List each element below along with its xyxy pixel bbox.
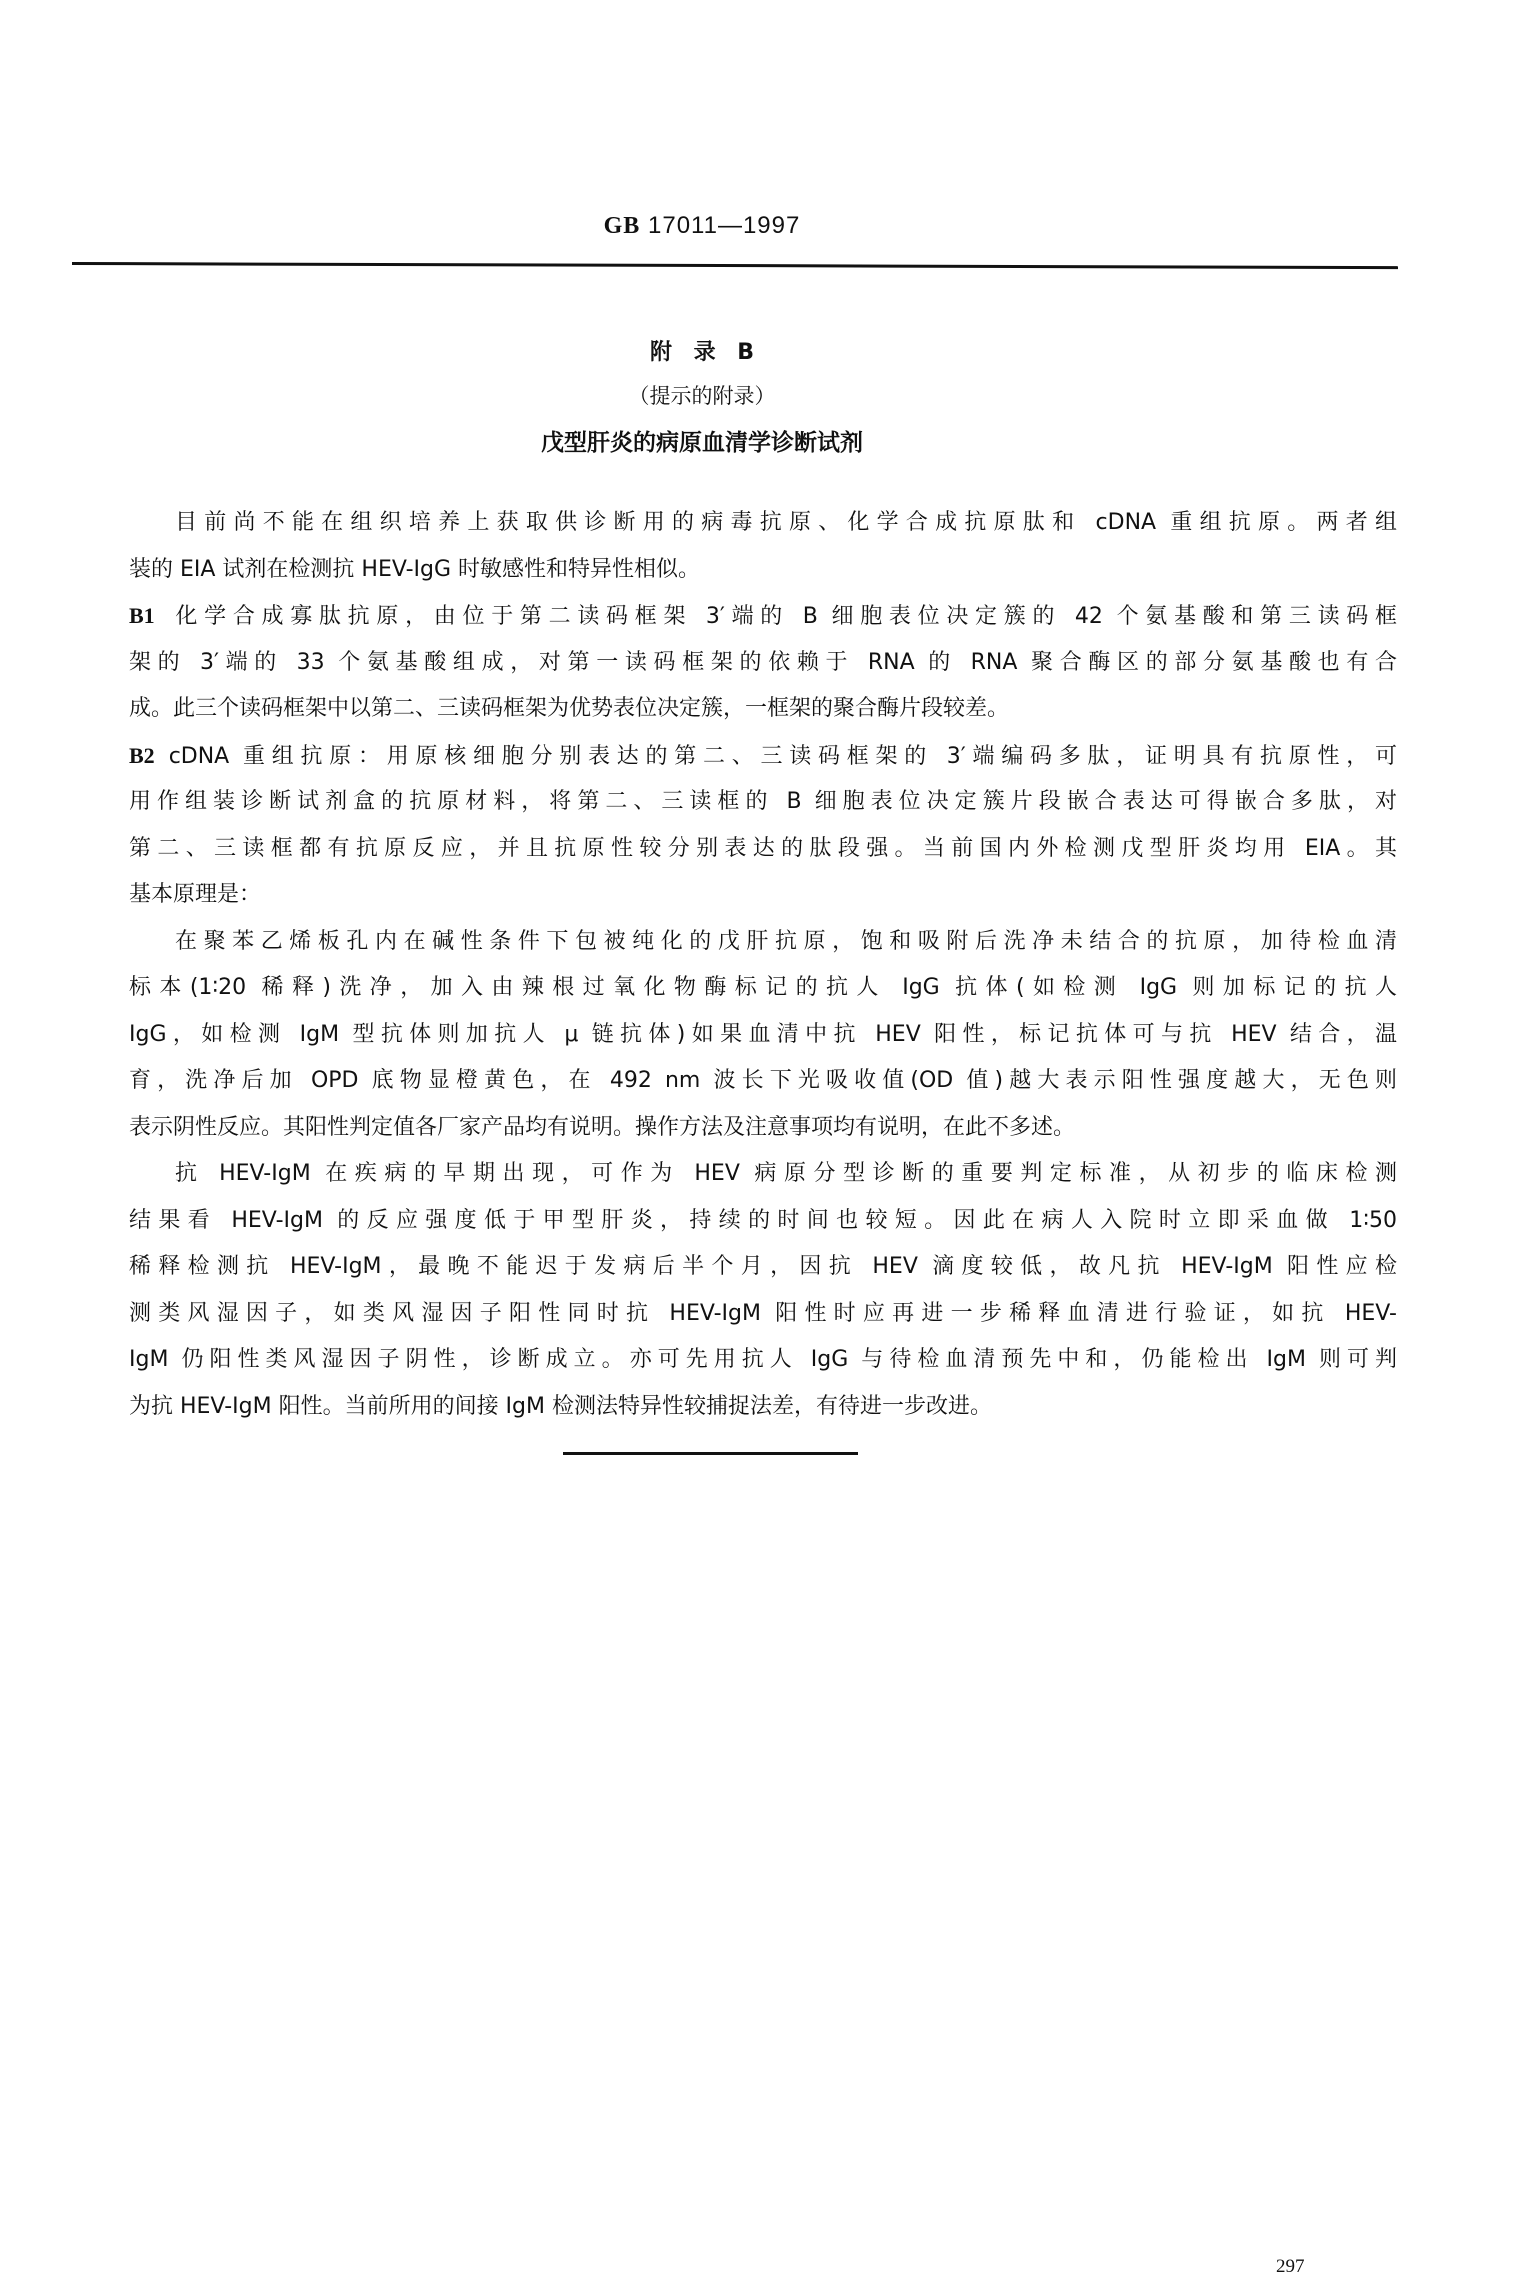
text-line: 目前尚不能在组织培养上获取供诊断用的病毒抗原、化学合成抗原肽和 cDNA 重组抗…: [129, 500, 1397, 547]
text-line: 表示阴性反应。其阳性判定值各厂家产品均有说明。操作方法及注意事项均有说明，在此不…: [129, 1105, 1397, 1152]
paragraph-principle: 在聚苯乙烯板孔内在碱性条件下包被纯化的戊肝抗原，饱和吸附后洗净未结合的抗原，加待…: [129, 919, 1397, 1152]
text-line: 第二、三读框都有抗原反应，并且抗原性较分别表达的肽段强。当前国内外检测戊型肝炎均…: [129, 826, 1397, 873]
text-line: 架的 3′端的 33 个氨基酸组成，对第一读码框架的依赖于 RNA 的 RNA …: [129, 640, 1397, 687]
text-line: 在聚苯乙烯板孔内在碱性条件下包被纯化的戊肝抗原，饱和吸附后洗净未结合的抗原，加待…: [129, 919, 1397, 966]
end-rule: [563, 1452, 858, 1455]
text-line: 基本原理是：: [129, 872, 1397, 919]
paragraph-b2: B2cDNA 重组抗原：用原核细胞分别表达的第二、三读码框架的 3′端编码多肽，…: [129, 733, 1397, 919]
text-line: 结果看 HEV-IgM 的反应强度低于甲型肝炎，持续的时间也较短。因此在病人入院…: [129, 1198, 1397, 1245]
header-rule: [72, 262, 1398, 269]
text-line: 抗 HEV-IgM 在疾病的早期出现，可作为 HEV 病原分型诊断的重要判定标准…: [129, 1151, 1397, 1198]
document-body: 目前尚不能在组织培养上获取供诊断用的病毒抗原、化学合成抗原肽和 cDNA 重组抗…: [129, 500, 1397, 1430]
text-line: 标本(1∶20 稀释)洗净，加入由辣根过氧化物酶标记的抗人 IgG 抗体(如检测…: [129, 965, 1397, 1012]
paragraph-igm: 抗 HEV-IgM 在疾病的早期出现，可作为 HEV 病原分型诊断的重要判定标准…: [129, 1151, 1397, 1430]
appendix-subtitle: （提示的附录）: [0, 380, 1404, 410]
text-line: B1化学合成寡肽抗原，由位于第二读码框架 3′端的 B 细胞表位决定簇的 42 …: [129, 593, 1397, 640]
text-line: 装的 EIA 试剂在检测抗 HEV-IgG 时敏感性和特异性相似。: [129, 547, 1397, 594]
text-line: 用作组装诊断试剂盒的抗原材料，将第二、三读框的 B 细胞表位决定簇片段嵌合表达可…: [129, 779, 1397, 826]
standard-prefix: GB: [604, 213, 641, 239]
appendix-title: 戊型肝炎的病原血清学诊断试剂: [0, 424, 1404, 457]
paragraph-b1: B1化学合成寡肽抗原，由位于第二读码框架 3′端的 B 细胞表位决定簇的 42 …: [129, 593, 1397, 733]
page-number: 297: [1276, 2256, 1305, 2278]
clause-number: B2: [129, 743, 155, 768]
clause-number: B1: [129, 603, 155, 628]
text-line: 稀释检测抗 HEV-IgM，最晚不能迟于发病后半个月，因抗 HEV 滴度较低，故…: [129, 1244, 1397, 1291]
text-line: B2cDNA 重组抗原：用原核细胞分别表达的第二、三读码框架的 3′端编码多肽，…: [129, 733, 1397, 780]
text-line: IgM 仍阳性类风湿因子阴性，诊断成立。亦可先用抗人 IgG 与待检血清预先中和…: [129, 1337, 1397, 1384]
page-header: GB 17011—1997: [0, 212, 1404, 240]
text-line: 成。此三个读码框架中以第二、三读码框架为优势表位决定簇，一框架的聚合酶片段较差。: [129, 686, 1397, 733]
appendix-label: 附 录 B: [0, 335, 1404, 366]
text-line: IgG，如检测 IgM 型抗体则加抗人 μ 链抗体)如果血清中抗 HEV 阳性，…: [129, 1012, 1397, 1059]
text-line: 测类风湿因子，如类风湿因子阳性同时抗 HEV-IgM 阳性时应再进一步稀释血清进…: [129, 1291, 1397, 1338]
text-line: 为抗 HEV-IgM 阳性。当前所用的间接 IgM 检测法特异性较捕捉法差，有待…: [129, 1384, 1397, 1431]
paragraph-intro: 目前尚不能在组织培养上获取供诊断用的病毒抗原、化学合成抗原肽和 cDNA 重组抗…: [129, 500, 1397, 593]
text-line: 育，洗净后加 OPD 底物显橙黄色，在 492 nm 波长下光吸收值(OD 值)…: [129, 1058, 1397, 1105]
standard-number: 17011—1997: [648, 212, 800, 239]
